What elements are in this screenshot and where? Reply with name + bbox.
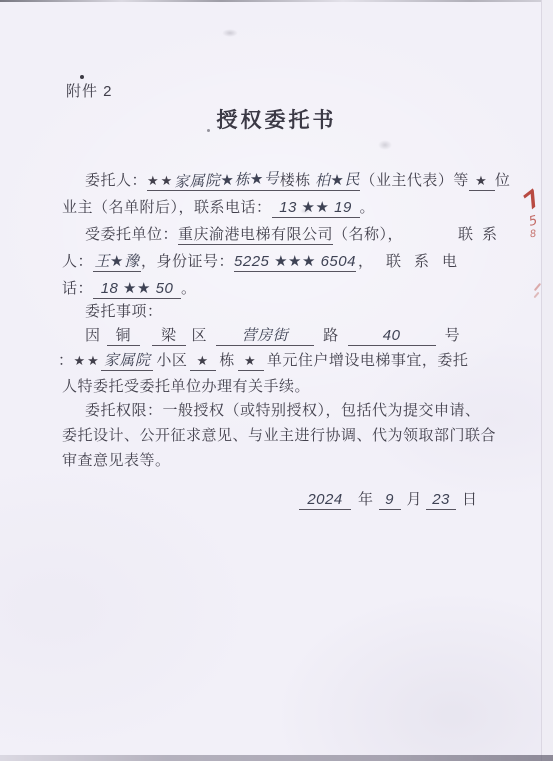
district-char2: 梁 xyxy=(152,326,186,346)
number-word: 号 xyxy=(445,327,461,344)
district-word: 区 xyxy=(192,327,208,344)
matters-heading: 委托事项： xyxy=(85,300,163,321)
redaction-star: ★ xyxy=(244,353,258,368)
matters-heading-text: 委托事项： xyxy=(85,303,163,320)
scanned-document-page: 附件 2 授权委托书 委托人：★★家属院★栋★号楼栋 柏★民（业主代表）等★位 … xyxy=(0,0,553,761)
trustee-line1: 受委托单位：重庆渝港电梯有限公司（名称），联系 xyxy=(85,223,506,245)
street-number: 40 xyxy=(348,326,436,346)
trustee-line2-lead: 人： xyxy=(62,253,93,270)
delegator-handwritten-address: 家属院★栋★号 xyxy=(174,169,280,192)
trustee-line1-tail: 联系 xyxy=(458,226,506,243)
red-margin-char: 5 xyxy=(527,213,539,230)
redaction-stars: ★★ xyxy=(74,353,101,368)
attachment-label: 附件 2 xyxy=(66,80,113,101)
street-name: 营房街 xyxy=(216,326,314,346)
authority-line3-text: 审查意见表等。 xyxy=(62,452,171,469)
date-line: 2024年9月23日 xyxy=(299,488,478,510)
redaction-stars: ★★ xyxy=(147,173,174,188)
matters-line2-tail: 单元住户增设电梯事宜，委托 xyxy=(267,352,469,369)
trustee-line2-tail: ，联系电 xyxy=(358,253,470,270)
matters-line2: ：★★家属院小区★栋★单元住户增设电梯事宜，委托 xyxy=(58,349,468,371)
paper-smudge xyxy=(222,29,238,37)
district-char1: 铜 xyxy=(107,326,141,346)
red-margin-char: 7 xyxy=(519,186,546,215)
because-word: 因 xyxy=(85,327,101,344)
scan-top-edge xyxy=(0,0,553,2)
authority-line1: 委托权限：一般授权（或特别授权），包括代为提交申请、 xyxy=(85,399,481,420)
delegator-after-name: （业主代表）等 xyxy=(360,172,469,189)
scan-bottom-edge xyxy=(0,755,553,761)
redaction-star: ★ xyxy=(197,353,211,368)
date-day: 23 xyxy=(426,490,456,510)
stray-mark: ： xyxy=(58,352,74,369)
matters-line3: 人特委托受委托单位办理有关手续。 xyxy=(62,375,310,396)
estate-word: 小区 xyxy=(156,352,187,369)
delegator-line2: 业主（名单附后），联系电话：13 ★★ 19。 xyxy=(62,196,375,218)
matters-line3-text: 人特委托受委托单位办理有关手续。 xyxy=(62,378,310,395)
trustee-id-number: 5225 ★★★ 6504 xyxy=(234,252,356,272)
unit-blank: ★ xyxy=(238,351,264,371)
document-title: 授权委托书 xyxy=(0,104,553,134)
sentence-end: 。 xyxy=(360,199,376,216)
estate-name: 家属院 xyxy=(101,351,154,371)
trustee-line3-lead: 话： xyxy=(62,280,93,297)
month-word: 月 xyxy=(407,491,423,508)
delegator-line1: 委托人：★★家属院★栋★号楼栋 柏★民（业主代表）等★位 xyxy=(85,169,510,191)
sentence-end: 。 xyxy=(181,280,197,297)
trustee-line3: 话：18 ★★ 50。 xyxy=(62,277,197,299)
building-blank: ★ xyxy=(190,351,216,371)
after-company: （名称）， xyxy=(333,226,403,243)
red-faint-mark xyxy=(533,292,539,299)
authority-line1-text: 委托权限：一般授权（或特别授权），包括代为提交申请、 xyxy=(85,402,481,419)
trustee-company: 重庆渝港电梯有限公司 xyxy=(178,225,333,245)
ink-speck xyxy=(80,75,84,79)
authority-line2: 委托设计、公开征求意见、与业主进行协调、代为领取部门联合 xyxy=(62,424,496,445)
matters-line1: 因铜梁区营房街路40号 xyxy=(85,324,460,346)
red-margin-char: 8 xyxy=(529,229,537,241)
delegator-lead: 委托人： xyxy=(85,172,147,189)
unit-word: 位 xyxy=(495,172,511,189)
day-word: 日 xyxy=(462,491,478,508)
delegator-blank: ★★家属院★栋★号楼栋 柏★民 xyxy=(147,171,360,191)
delegator-phone: 13 ★★ 19 xyxy=(272,198,360,218)
trustee-lead: 受委托单位： xyxy=(85,226,178,243)
date-month: 9 xyxy=(379,490,401,510)
delegator-line2-lead: 业主（名单附后），联系电话： xyxy=(62,199,272,216)
trustee-phone: 18 ★★ 50 xyxy=(93,279,181,299)
trustee-line2: 人：王★豫，身份证号：5225 ★★★ 6504，联系电 xyxy=(62,250,470,272)
authority-line3: 审查意见表等。 xyxy=(62,449,171,470)
id-label: ，身份证号： xyxy=(141,253,234,270)
date-year: 2024 xyxy=(299,490,351,510)
redaction-star: ★ xyxy=(475,173,489,188)
paper-smudge xyxy=(378,140,392,150)
delegator-name: 柏★民 xyxy=(315,170,361,191)
trustee-contact-name: 王★豫 xyxy=(93,252,141,272)
owner-count-blank: ★ xyxy=(469,171,495,191)
delegator-printed-loudong: 楼栋 xyxy=(280,172,311,189)
authority-line2-text: 委托设计、公开征求意见、与业主进行协调、代为领取部门联合 xyxy=(62,427,496,444)
year-word: 年 xyxy=(358,491,374,508)
road-word: 路 xyxy=(323,327,339,344)
red-margin-note: 7 5 8 xyxy=(518,188,548,240)
building-word: 栋 xyxy=(219,352,235,369)
